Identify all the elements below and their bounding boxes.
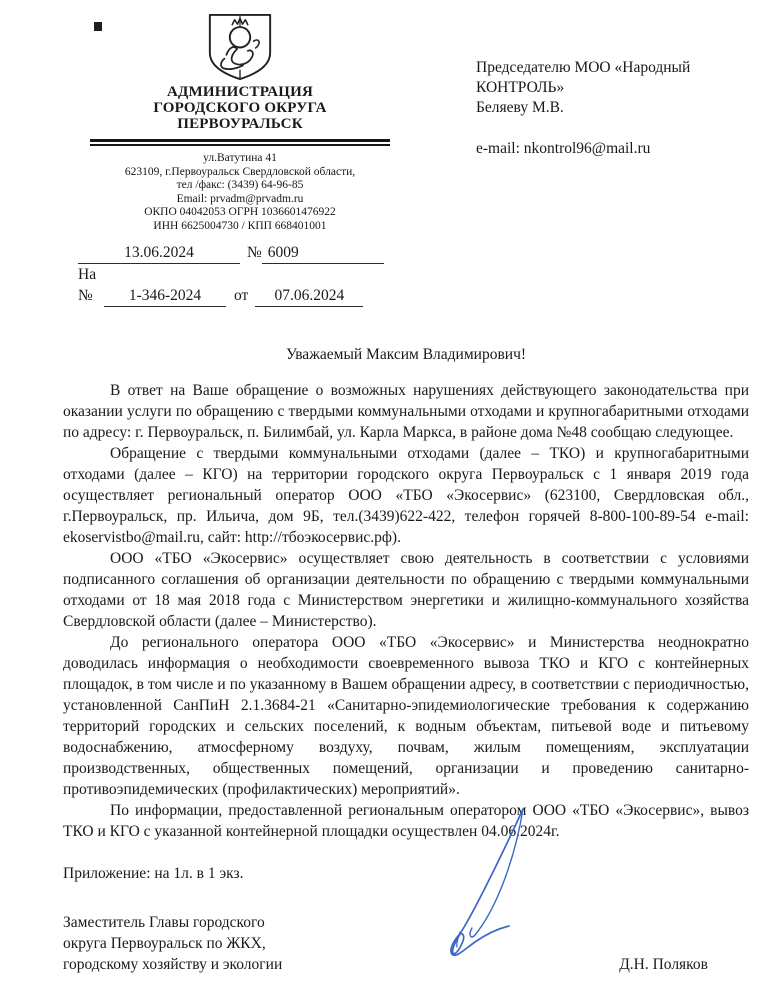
- outgoing-number: 6009: [262, 243, 384, 264]
- outgoing-ref-row: 13.06.2024 № 6009: [78, 243, 418, 264]
- org-header: АДМИНИСТРАЦИЯ ГОРОДСКОГО ОКРУГА ПЕРВОУРА…: [88, 10, 392, 233]
- org-name: АДМИНИСТРАЦИЯ ГОРОДСКОГО ОКРУГА ПЕРВОУРА…: [88, 84, 392, 132]
- body-paragraph: До регионального оператора ООО «ТБО «Эко…: [63, 632, 749, 800]
- org-address-line: 623109, г.Первоуральск Свердловской обла…: [88, 166, 392, 180]
- org-inn-kpp-line: ИНН 6625004730 / КПП 668401001: [88, 220, 392, 234]
- addressee-line: КОНТРОЛЬ»: [476, 78, 761, 98]
- incoming-number: 1-346-2024: [104, 286, 226, 307]
- letter-page: АДМИНИСТРАЦИЯ ГОРОДСКОГО ОКРУГА ПЕРВОУРА…: [0, 0, 770, 995]
- org-contacts: ул.Ватутина 41 623109, г.Первоуральск Св…: [88, 152, 392, 233]
- body-paragraph: Обращение с твердыми коммунальными отход…: [63, 443, 749, 548]
- addressee-line: Беляеву М.В.: [476, 98, 761, 118]
- org-phone-line: тел /факс: (3439) 64-96-85: [88, 179, 392, 193]
- signer-position-line: городскому хозяйству и экологии: [63, 954, 282, 975]
- signoff-block: Заместитель Главы городского округа Перв…: [63, 912, 708, 975]
- salutation: Уважаемый Максим Владимирович!: [63, 344, 749, 365]
- ot-label: от: [234, 286, 248, 306]
- org-okpo-ogrn-line: ОКПО 04042053 ОГРН 1036601476922: [88, 206, 392, 220]
- coat-of-arms-icon: [203, 12, 277, 82]
- addressee-email: e-mail: nkontrol96@mail.ru: [476, 139, 761, 159]
- org-name-line: ГОРОДСКОГО ОКРУГА: [88, 100, 392, 116]
- incoming-ref-row: № 1-346-2024 от 07.06.2024: [78, 286, 418, 307]
- body-paragraph: В ответ на Ваше обращение о возможных на…: [63, 380, 749, 443]
- header-divider: [90, 139, 390, 146]
- body-paragraph: ООО «ТБО «Экосервис» осуществляет свою д…: [63, 548, 749, 632]
- incoming-number-sign: №: [78, 286, 104, 306]
- org-name-line: ПЕРВОУРАЛЬСК: [88, 116, 392, 132]
- outgoing-date: 13.06.2024: [78, 243, 240, 264]
- org-name-line: АДМИНИСТРАЦИЯ: [88, 84, 392, 100]
- org-email-line: Email: prvadm@prvadm.ru: [88, 193, 392, 207]
- addressee-block: Председателю МОО «Народный КОНТРОЛЬ» Бел…: [476, 58, 761, 159]
- na-label: На: [78, 265, 418, 285]
- incoming-date: 07.06.2024: [255, 286, 363, 307]
- signer-position: Заместитель Главы городского округа Перв…: [63, 912, 282, 975]
- signer-position-line: округа Первоуральск по ЖКХ,: [63, 933, 282, 954]
- signer-position-line: Заместитель Главы городского: [63, 912, 282, 933]
- letter-body: Уважаемый Максим Владимирович! В ответ н…: [63, 344, 749, 884]
- addressee-line: Председателю МОО «Народный: [476, 58, 761, 78]
- number-sign: №: [247, 243, 262, 263]
- org-address-line: ул.Ватутина 41: [88, 152, 392, 166]
- attachment-note: Приложение: на 1л. в 1 экз.: [63, 863, 749, 884]
- body-paragraph: По информации, предоставленной региональ…: [63, 800, 749, 842]
- signer-name: Д.Н. Поляков: [619, 954, 708, 975]
- reference-block: 13.06.2024 № 6009 На № 1-346-2024 от 07.…: [78, 243, 418, 307]
